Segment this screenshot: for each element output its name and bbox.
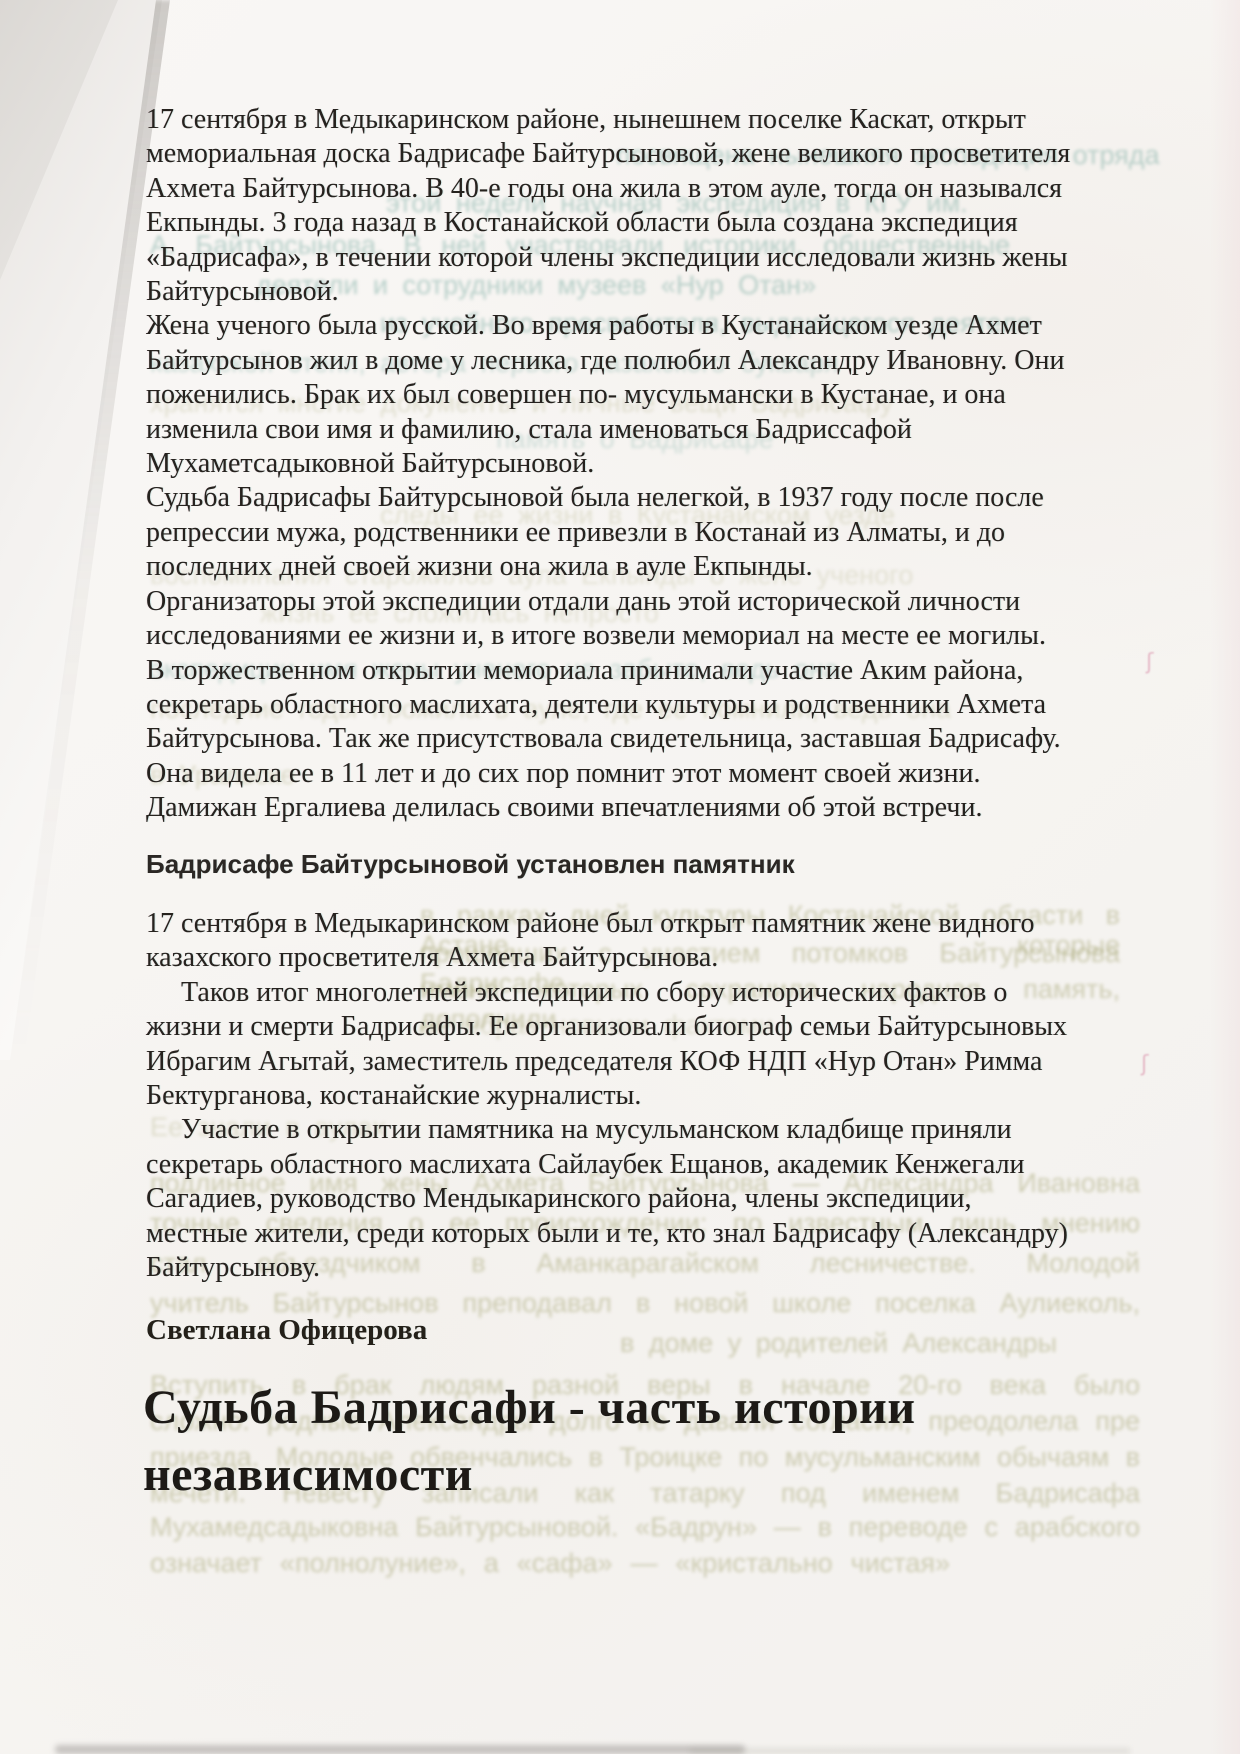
text-line: местные жители, среди которых были и те,… xyxy=(146,1217,1068,1251)
text-line: исследованиями ее жизни и, в итоге возве… xyxy=(146,619,1070,653)
text-line: Участие в открытии памятника на мусульма… xyxy=(146,1113,1068,1147)
article-subheading: Бадрисафе Байтурсыновой установлен памят… xyxy=(146,849,795,880)
bleedthrough-text: Мухамедсадыковна Байтурсыновой. «Бадрун»… xyxy=(150,1512,1140,1542)
text-line: Таков итог многолетней экспедиции по сбо… xyxy=(146,976,1068,1010)
text-line: Екпынды. 3 года назад в Костанайской обл… xyxy=(146,206,1070,240)
text-line: изменила свои имя и фамилию, стала имено… xyxy=(146,413,1070,447)
text-line: Сагадиев, руководство Мендыкаринского ра… xyxy=(146,1182,1068,1216)
text-line: Байтурсынову. xyxy=(146,1251,1068,1285)
author-byline: Светлана Офицерова xyxy=(146,1314,427,1347)
scan-right-edge-tint xyxy=(1210,0,1240,1754)
text-line: «Бадрисафа», в течении которой члены экс… xyxy=(146,241,1070,275)
text-line: последних дней своей жизни она жила в ау… xyxy=(146,550,1070,584)
text-line: поженились. Брак их был совершен по- мус… xyxy=(146,378,1070,412)
scan-artifact-mark: ʃ xyxy=(1141,1052,1148,1077)
article-monument-paragraphs: 17 сентября в Медыкаринском районе был о… xyxy=(146,907,1068,1285)
text-line: Жена ученого была русской. Во время рабо… xyxy=(146,309,1070,343)
text-line: жизни и смерти Бадрисафы. Ее организовал… xyxy=(146,1010,1068,1044)
text-line: Дамижан Ергалиева делилась своими впечат… xyxy=(146,791,1070,825)
text-line: казахского просветителя Ахмета Байтурсын… xyxy=(146,941,1068,975)
text-line: Организаторы этой экспедиции отдали дань… xyxy=(146,585,1070,619)
text-line: Мухаметсадыковной Байтурсыновой. xyxy=(146,447,1070,481)
text-line: Ахмета Байтурсынова. В 40-е годы она жил… xyxy=(146,172,1070,206)
text-line: Ибрагим Агытай, заместитель председателя… xyxy=(146,1045,1068,1079)
text-line: репрессии мужа, родственники ее привезли… xyxy=(146,516,1070,550)
text-line: Байтурсыновой. xyxy=(146,275,1070,309)
scan-bottom-edge xyxy=(690,1748,1130,1754)
text-line: Байтурсынова. Так же присутствовала свид… xyxy=(146,722,1070,756)
article-lead-paragraphs: 17 сентября в Медыкаринском районе, ныне… xyxy=(146,103,1070,826)
text-line: независимости xyxy=(143,1441,915,1508)
scan-artifact-mark: ʃ xyxy=(1146,650,1153,675)
text-line: мемориальная доска Бадрисафе Байтурсынов… xyxy=(146,137,1070,171)
text-line: Судьба Бадрисафи - часть истории xyxy=(143,1374,915,1441)
text-line: 17 сентября в Медыкаринском районе был о… xyxy=(146,907,1068,941)
section-headline: Судьба Бадрисафи - часть историинезависи… xyxy=(143,1374,915,1508)
text-line: В торжественном открытии мемориала прини… xyxy=(146,654,1070,688)
text-line: Бектурганова, костанайские журналисты. xyxy=(146,1079,1068,1113)
text-line: секретарь областного маслихата Сайлаубек… xyxy=(146,1148,1068,1182)
text-line: Судьба Бадрисафы Байтурсыновой была неле… xyxy=(146,481,1070,515)
text-line: Байтурсынов жил в доме у лесника, где по… xyxy=(146,344,1070,378)
text-line: Она видела ее в 11 лет и до сих пор помн… xyxy=(146,757,1070,791)
text-line: секретарь областного маслихата, деятели … xyxy=(146,688,1070,722)
text-line: 17 сентября в Медыкаринском районе, ныне… xyxy=(146,103,1070,137)
bleedthrough-text: означает «полнолуние», а «сафа» — «крист… xyxy=(150,1548,950,1578)
scan-bottom-edge xyxy=(55,1745,745,1754)
scanned-document-page: посвящена нынешняя экспедиция отрядаэтой… xyxy=(0,0,1240,1754)
bleedthrough-text: в доме у родителей Александры xyxy=(620,1328,1057,1358)
